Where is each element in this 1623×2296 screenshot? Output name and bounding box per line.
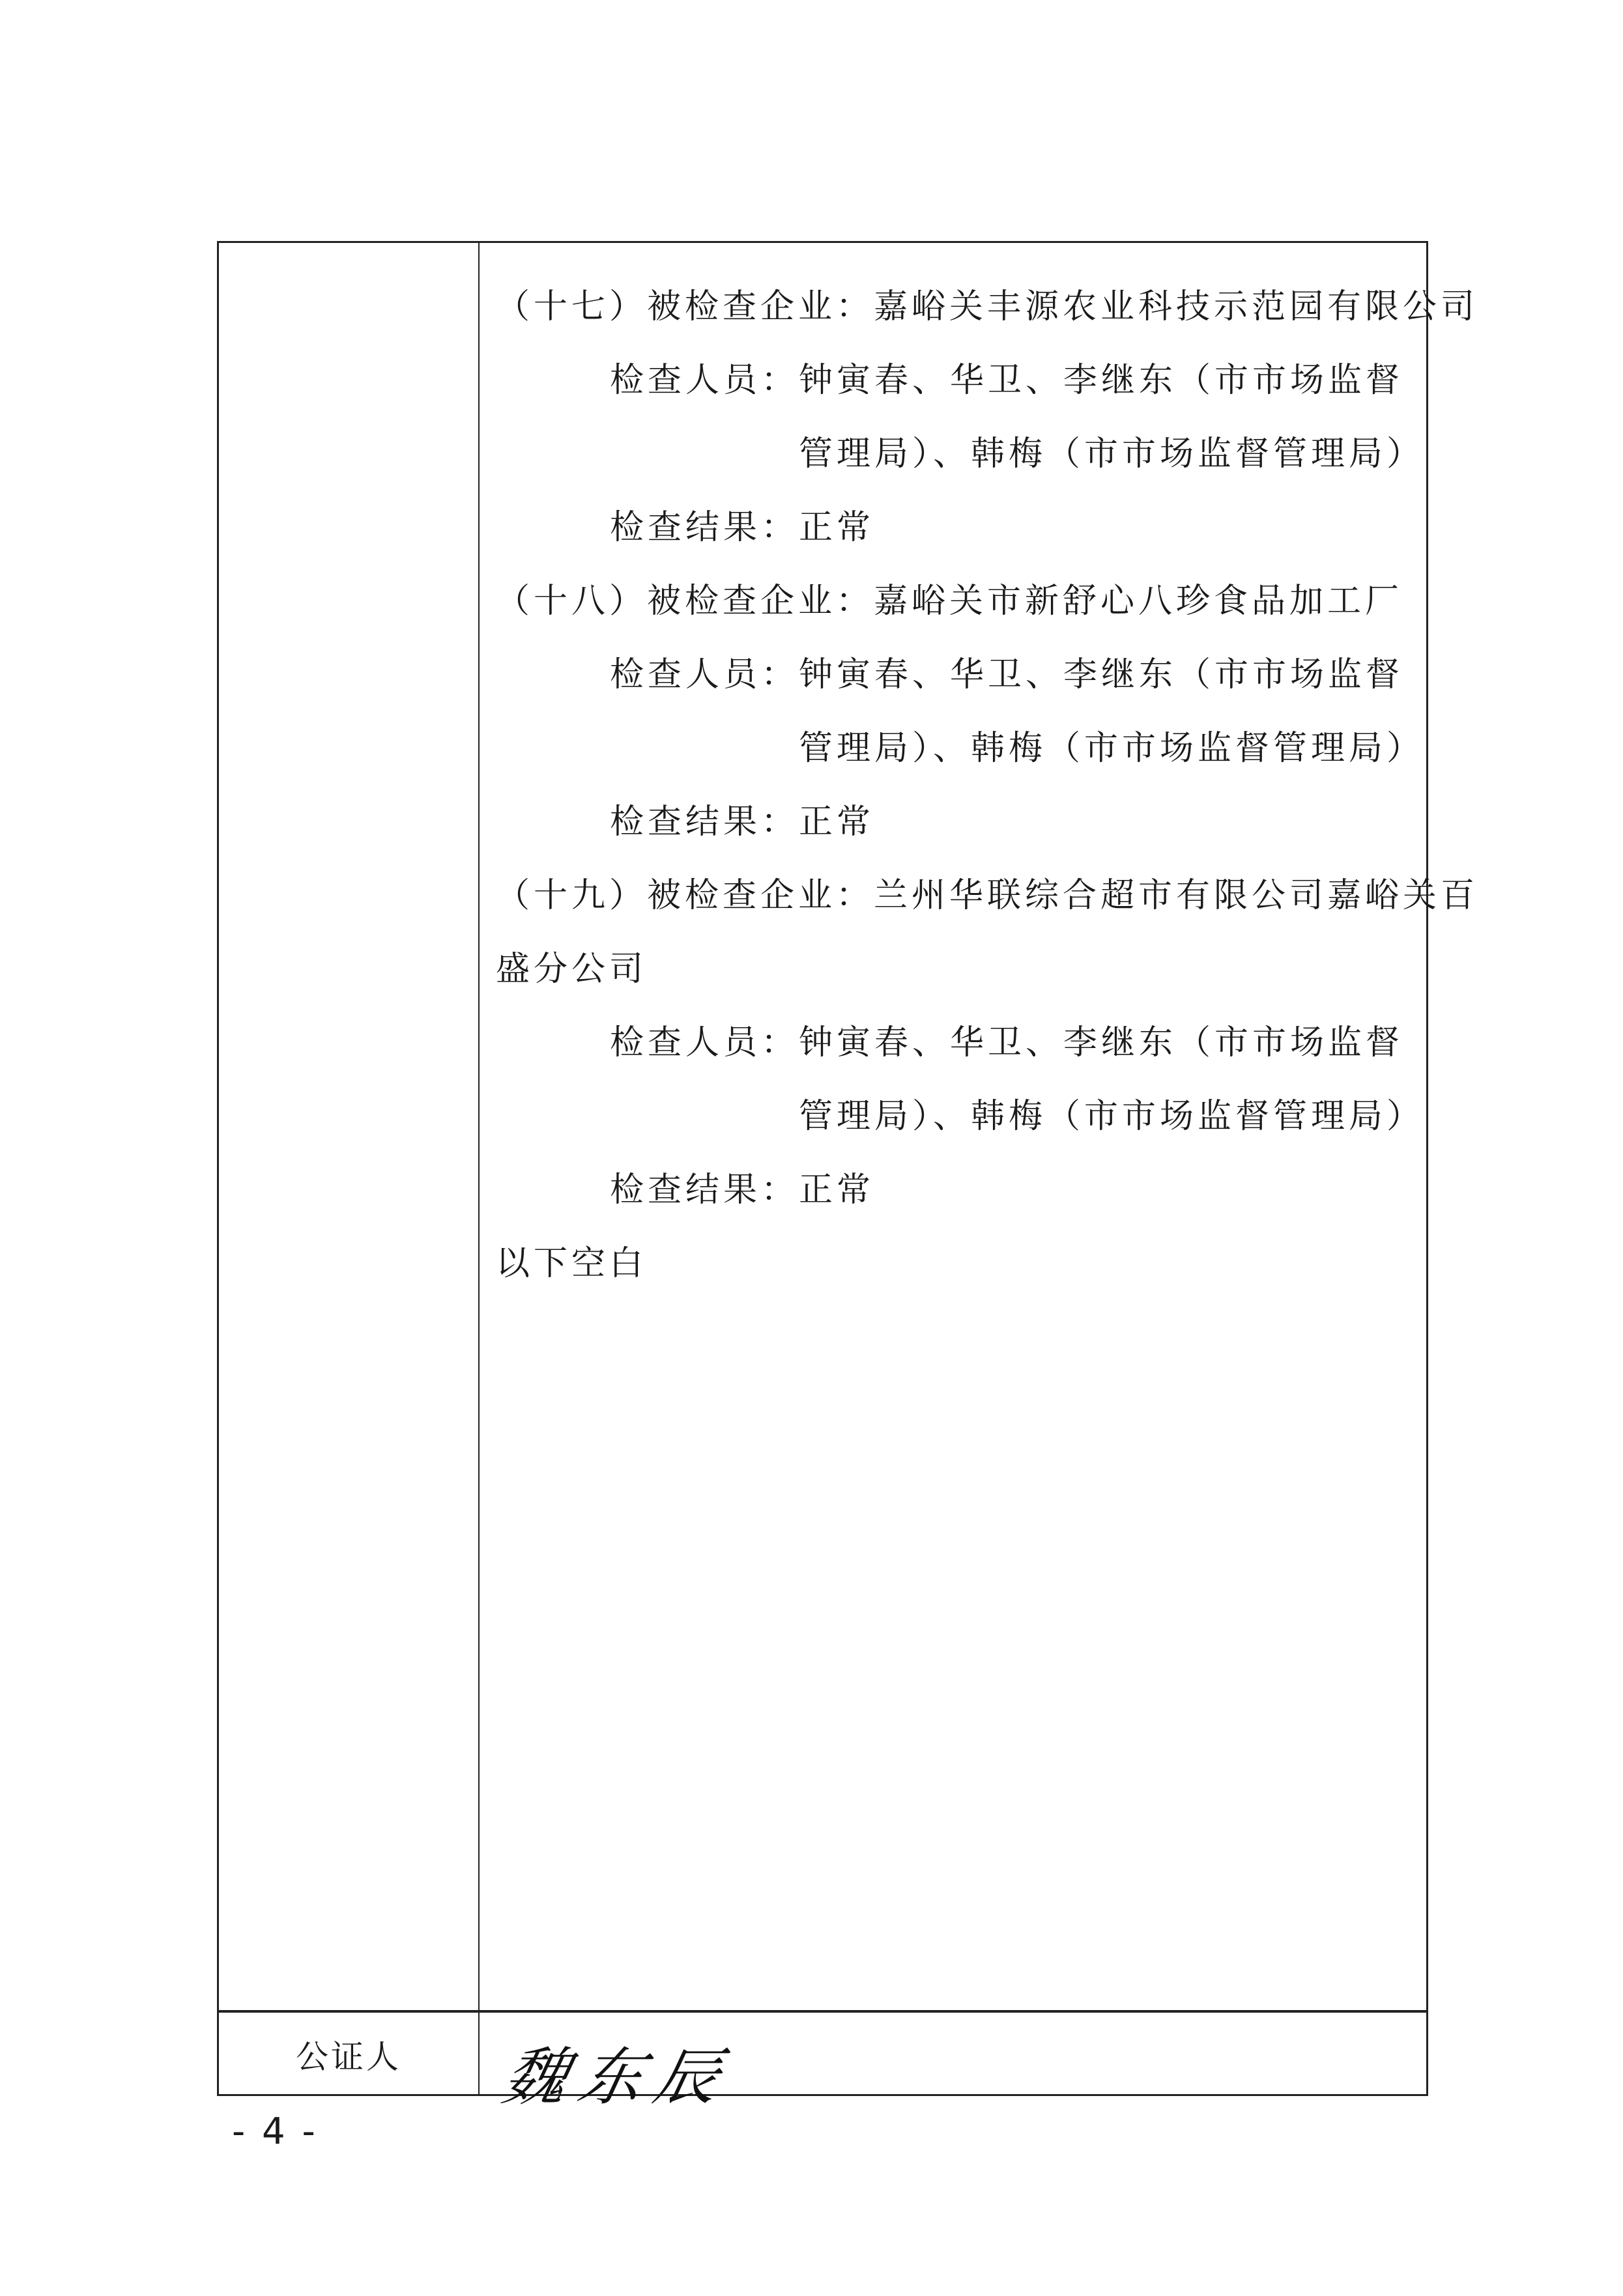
end-note: 以下空白 — [496, 1227, 1421, 1301]
entry-inspectors: 检查人员：钟寅春、华卫、李继东（市市场监督 — [496, 638, 1421, 712]
entry-heading: （十九）被检查企业：兰州华联综合超市有限公司嘉峪关百 — [496, 859, 1421, 933]
entry-heading-cont: 盛分公司 — [496, 933, 1421, 1006]
entry-inspectors-cont: 管理局）、韩梅（市市场监督管理局） — [496, 712, 1421, 786]
entry-result: 检查结果：正常 — [496, 491, 1421, 565]
entry-inspectors: 检查人员：钟寅春、华卫、李继东（市市场监督 — [496, 344, 1421, 418]
entry-17: （十七）被检查企业：嘉峪关丰源农业科技示范园有限公司 检查人员：钟寅春、华卫、李… — [496, 270, 1421, 565]
notary-signature: 魏东辰 — [496, 2028, 741, 2117]
inspection-entries: （十七）被检查企业：嘉峪关丰源农业科技示范园有限公司 检查人员：钟寅春、华卫、李… — [496, 270, 1421, 1301]
entry-result: 检查结果：正常 — [496, 786, 1421, 859]
entry-inspectors: 检查人员：钟寅春、华卫、李继东（市市场监督 — [496, 1006, 1421, 1080]
inspection-record-table: （十七）被检查企业：嘉峪关丰源农业科技示范园有限公司 检查人员：钟寅春、华卫、李… — [217, 241, 1428, 2096]
entry-inspectors-cont: 管理局）、韩梅（市市场监督管理局） — [496, 1080, 1421, 1154]
page-number: - 4 - — [232, 2110, 318, 2153]
entry-inspectors-cont: 管理局）、韩梅（市市场监督管理局） — [496, 418, 1421, 491]
entry-18: （十八）被检查企业：嘉峪关市新舒心八珍食品加工厂 检查人员：钟寅春、华卫、李继东… — [496, 565, 1421, 859]
column-divider — [478, 243, 480, 2094]
entry-19: （十九）被检查企业：兰州华联综合超市有限公司嘉峪关百 盛分公司 检查人员：钟寅春… — [496, 859, 1421, 1227]
entry-heading: （十七）被检查企业：嘉峪关丰源农业科技示范园有限公司 — [496, 270, 1421, 344]
entry-result: 检查结果：正常 — [496, 1154, 1421, 1227]
entry-heading: （十八）被检查企业：嘉峪关市新舒心八珍食品加工厂 — [496, 565, 1421, 638]
notary-label: 公证人 — [219, 2013, 478, 2096]
